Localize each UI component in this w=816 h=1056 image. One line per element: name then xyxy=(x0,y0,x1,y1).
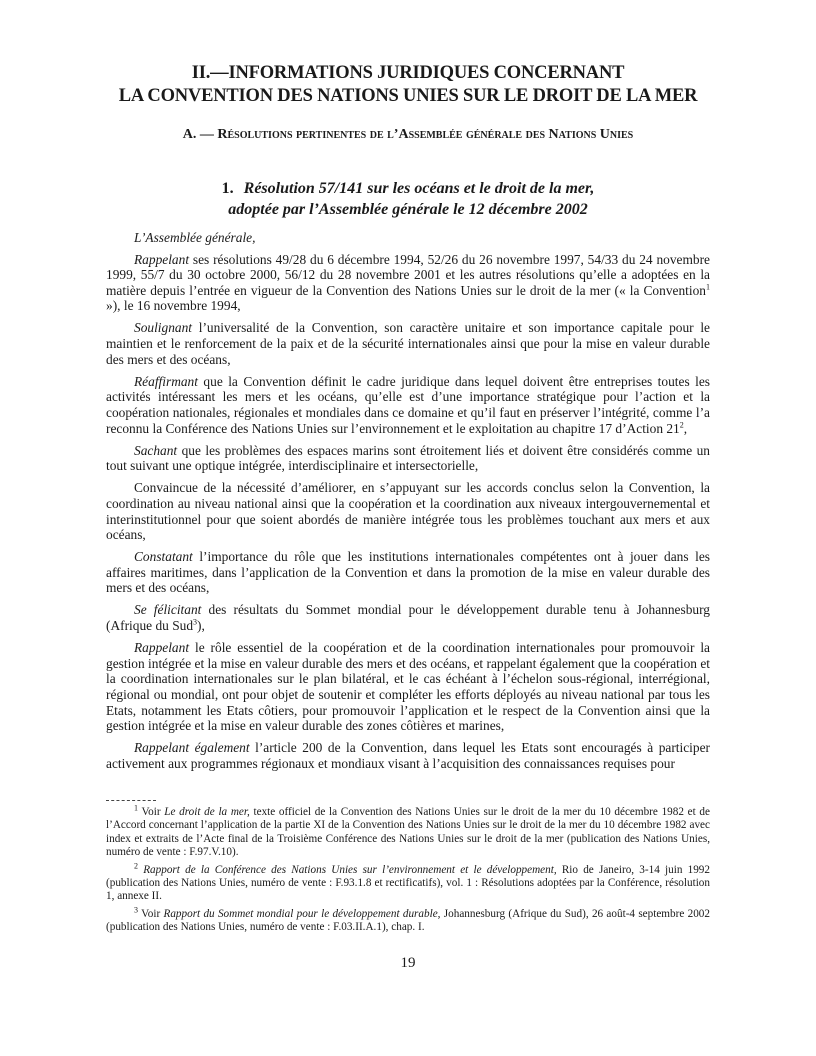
paragraph-tail: , xyxy=(684,421,687,436)
paragraph: Rappelant également l’article 200 de la … xyxy=(106,740,710,771)
paragraph-lead: Se félicitant xyxy=(134,602,201,617)
paragraph: Constatant l’importance du rôle que les … xyxy=(106,549,710,596)
paragraph-lead: Soulignant xyxy=(134,320,192,335)
intro-line: L’Assemblée générale, xyxy=(106,230,710,246)
paragraph: Soulignant l’universalité de la Conventi… xyxy=(106,320,710,367)
paragraph-lead: Réaffirmant xyxy=(134,374,198,389)
footnote-number: 2 xyxy=(134,861,138,870)
footnote: 3 Voir Rapport du Sommet mondial pour le… xyxy=(106,908,710,935)
paragraph-lead: Rappelant xyxy=(134,640,189,655)
paragraph: Se félicitant des résultats du Sommet mo… xyxy=(106,602,710,633)
section-heading: A. — Résolutions pertinentes de l’Assemb… xyxy=(106,126,710,144)
footnote-number: 1 xyxy=(134,803,138,812)
footnotes: 1 Voir Le droit de la mer, texte officie… xyxy=(106,806,710,939)
paragraph: Sachant que les problèmes des espaces ma… xyxy=(106,443,710,474)
paragraph-tail: »), le 16 novembre 1994, xyxy=(106,298,241,313)
footnote-citation: Rapport du Sommet mondial pour le dévelo… xyxy=(163,908,440,920)
footnote: 2 Rapport de la Conférence des Nations U… xyxy=(106,864,710,904)
paragraph-text: l’universalité de la Convention, son car… xyxy=(106,320,710,366)
chapter-title-line1: II.—INFORMATIONS JURIDIQUES CONCERNANT xyxy=(106,62,710,85)
footnote-divider xyxy=(106,800,156,801)
subsection-title-line1: Résolution 57/141 sur les océans et le d… xyxy=(244,180,595,197)
paragraph-lead: Constatant xyxy=(134,549,193,564)
footnote-prefix: Voir xyxy=(141,908,163,920)
footnote: 1 Voir Le droit de la mer, texte officie… xyxy=(106,806,710,859)
footnote-prefix: Voir xyxy=(142,806,165,818)
paragraph: Convaincue de la nécessité d’améliorer, … xyxy=(106,480,710,542)
paragraph-text: le rôle essentiel de la coopération et d… xyxy=(106,640,710,733)
footnote-number: 3 xyxy=(134,905,138,914)
chapter-title-line2: LA CONVENTION DES NATIONS UNIES SUR LE D… xyxy=(106,85,710,108)
paragraph-tail: ), xyxy=(197,618,205,633)
paragraph: Réaffirmant que la Convention définit le… xyxy=(106,374,710,436)
paragraph-lead: Rappelant xyxy=(134,252,189,267)
paragraph-text: ses résolutions 49/28 du 6 décembre 1994… xyxy=(106,252,710,298)
paragraph-text: Convaincue de la nécessité d’améliorer, … xyxy=(106,480,710,542)
paragraph-lead: Sachant xyxy=(134,443,177,458)
subsection-heading: 1.Résolution 57/141 sur les océans et le… xyxy=(106,178,710,220)
paragraph: Rappelant ses résolutions 49/28 du 6 déc… xyxy=(106,252,710,314)
page-number: 19 xyxy=(106,955,710,972)
chapter-title: II.—INFORMATIONS JURIDIQUES CONCERNANT L… xyxy=(106,62,710,108)
resolution-body: L’Assemblée générale, Rappelant ses réso… xyxy=(106,230,710,778)
footnote-citation: Rapport de la Conférence des Nations Uni… xyxy=(143,864,556,876)
footnote-citation: Le droit de la mer, xyxy=(164,806,250,818)
paragraph-lead: Rappelant également xyxy=(134,740,250,755)
subsection-number: 1. xyxy=(222,180,234,197)
paragraph-text: que les problèmes des espaces marins son… xyxy=(106,443,710,474)
paragraph: Rappelant le rôle essentiel de la coopér… xyxy=(106,640,710,734)
subsection-title-line2: adoptée par l’Assemblée générale le 12 d… xyxy=(106,199,710,220)
footnote-ref[interactable]: 1 xyxy=(706,282,710,291)
intro-text: L’Assemblée générale, xyxy=(134,230,255,245)
paragraph-text: l’importance du rôle que les institution… xyxy=(106,549,710,595)
